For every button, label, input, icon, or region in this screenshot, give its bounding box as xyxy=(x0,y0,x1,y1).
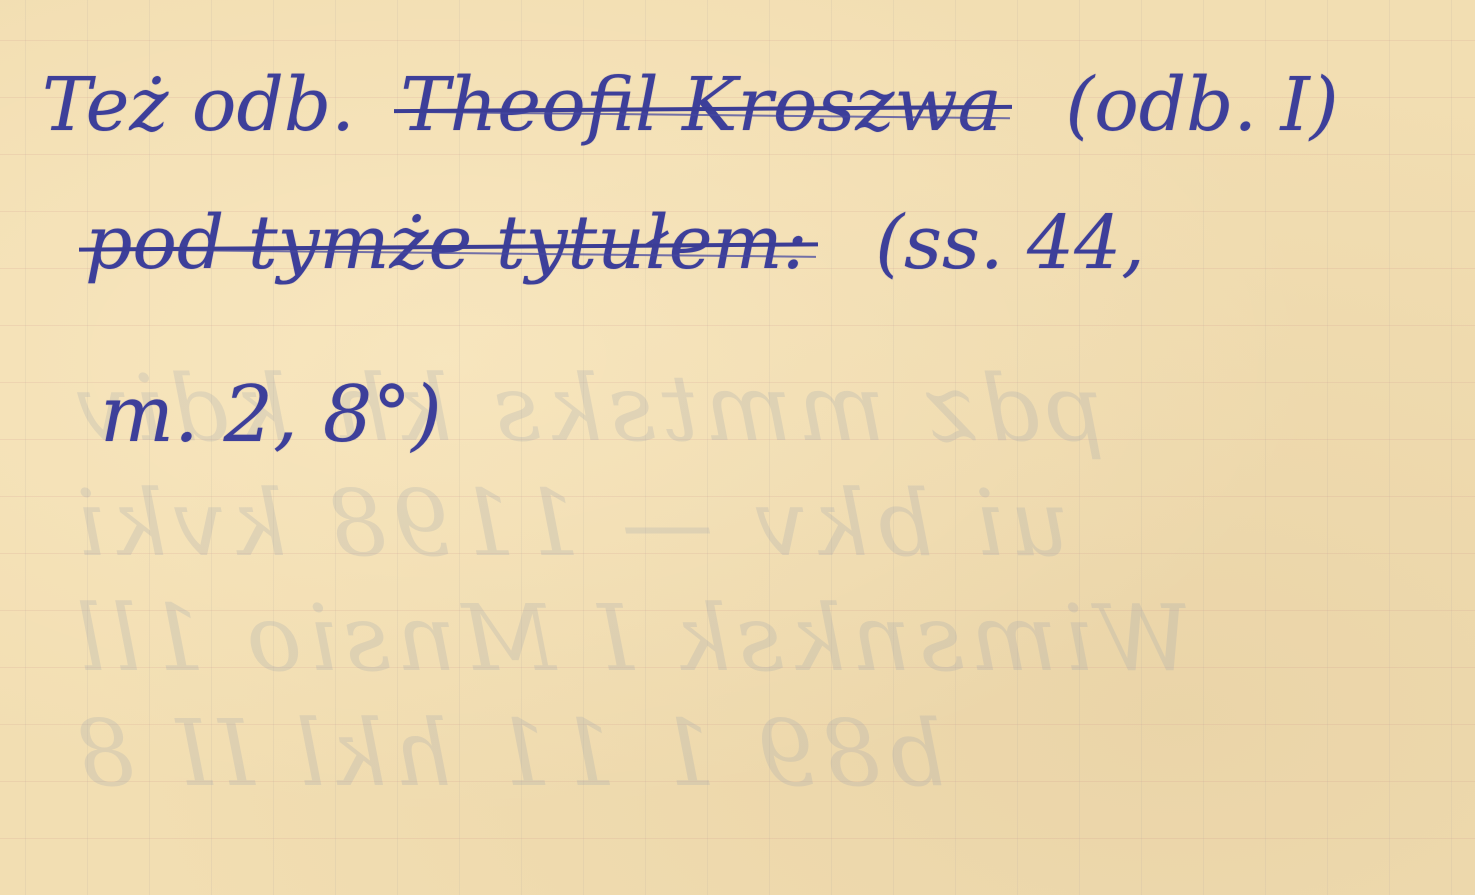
bleed-through-line-2: ui bkv — 1198 kvki xyxy=(70,470,1069,577)
line-2-suffix: (ss. 44, xyxy=(875,200,1145,286)
line-1-prefix: Też odb. xyxy=(42,62,355,148)
index-card: pdz mmtsks kh kdiv ui bkv — 1198 kvki Wi… xyxy=(0,0,1475,895)
bleed-through-line-4: b89 1 11 hkl II 8 xyxy=(70,700,945,807)
handwritten-line-1: Też odb. Theofil Kroszwa (odb. I) xyxy=(42,62,1339,148)
line-1-suffix: (odb. I) xyxy=(1065,62,1338,148)
line-2-struck-text: pod tymże tytułem: xyxy=(85,200,808,286)
handwritten-line-3: m. 2, 8°) xyxy=(100,370,442,460)
bleed-through-line-3: Wimsnksk I Mnsio 1ll xyxy=(70,585,1192,692)
handwritten-line-2: pod tymże tytułem: (ss. 44, xyxy=(85,200,1145,286)
line-3-text: m. 2, 8°) xyxy=(100,370,442,460)
line-1-struck-text: Theofil Kroszwa xyxy=(400,62,1002,148)
